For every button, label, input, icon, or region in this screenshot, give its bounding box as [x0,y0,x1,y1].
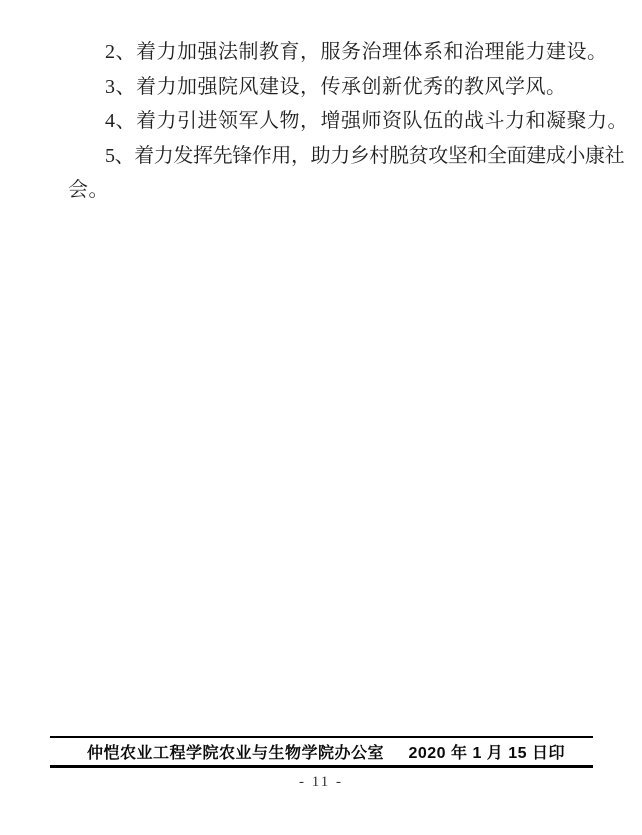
document-page: 2、着力加强法制教育，服务治理体系和治理能力建设。 3、着力加强院风建设，传承创… [0,0,642,835]
colophon-bar: 仲恺农业工程学院农业与生物学院办公室 2020 年 1 月 15 日印 [50,736,593,768]
print-date-label: 2020 年 1 月 15 日印 [408,740,565,763]
body-line-item-3: 3、着力加强院风建设，传承创新优秀的教风学风。 [68,70,596,105]
body-line-item-2: 2、着力加强法制教育，服务治理体系和治理能力建设。 [68,35,596,70]
issuing-office-label: 仲恺农业工程学院农业与生物学院办公室 [87,740,384,763]
document-body: 2、着力加强法制教育，服务治理体系和治理能力建设。 3、着力加强院风建设，传承创… [68,35,596,208]
page-number: - 11 - [0,774,642,791]
body-line-item-4: 4、着力引进领军人物，增强师资队伍的战斗力和凝聚力。 [68,104,596,139]
body-line-item-5-continued: 会。 [68,173,596,208]
body-line-item-5: 5、着力发挥先锋作用，助力乡村脱贫攻坚和全面建成小康社 [68,139,596,174]
